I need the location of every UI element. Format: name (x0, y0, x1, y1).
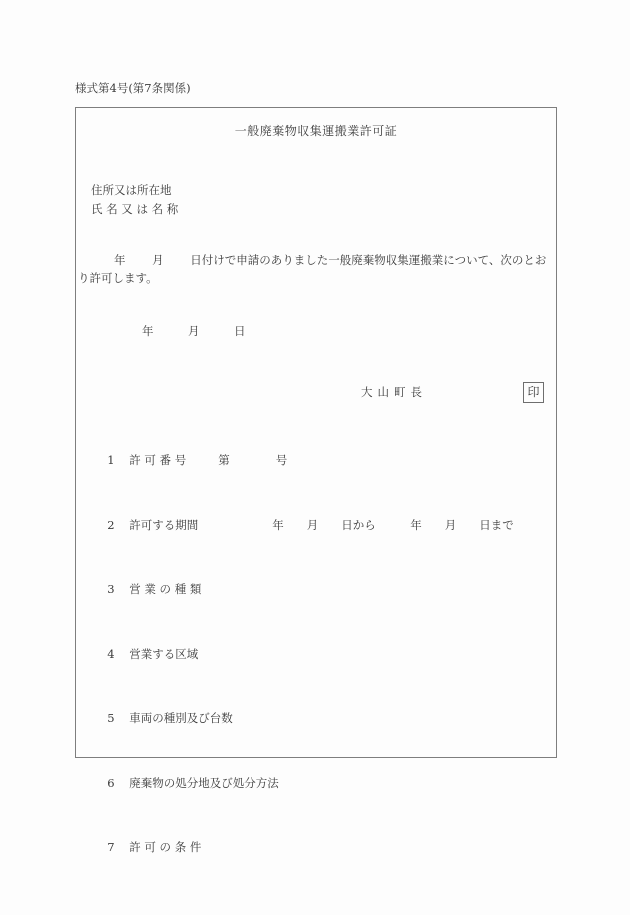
item-label: 廃棄物の処分地及び処分方法 (129, 776, 279, 790)
item-row-business-area: 4営業する区域 (78, 635, 553, 674)
issuer-mayor-name: 大山町長 (361, 385, 427, 399)
item-row-vehicle-type-count: 5車両の種別及び台数 (78, 699, 553, 738)
issue-date-line: 年 月 日 (78, 324, 246, 338)
document-page: 様式第4号(第7条関係) 一般廃棄物収集運搬業許可証 住所又は所在地 氏 名 又… (0, 0, 630, 915)
item-number: 1 (107, 454, 129, 467)
body-paragraph-line2: り許可します。 (78, 271, 158, 285)
item-row-permit-conditions: 7許 可 の 条 件 (78, 828, 553, 867)
item-label: 許可する期間 (129, 518, 198, 532)
item-number: 4 (107, 648, 129, 661)
certificate-border-box: 一般廃棄物収集運搬業許可証 住所又は所在地 氏 名 又 は 名 称 年 月 日付… (75, 107, 557, 758)
item-row-permit-number: 1許 可 番 号第 号 (78, 441, 553, 480)
item-value: 年 月 日から 年 月 日まで (272, 518, 514, 532)
item-number: 5 (107, 712, 129, 725)
item-row-business-type: 3営 業 の 種 類 (78, 570, 553, 609)
form-number-label: 様式第4号(第7条関係) (75, 82, 191, 95)
item-number: 6 (107, 777, 129, 790)
item-label: 許 可 番 号 (129, 453, 186, 467)
name-or-title-label: 氏 名 又 は 名 称 (91, 203, 178, 216)
item-label: 許 可 の 条 件 (129, 840, 201, 854)
item-label: 営業する区域 (129, 647, 198, 661)
address-or-location-label: 住所又は所在地 (91, 184, 172, 197)
item-number: 2 (107, 519, 129, 532)
seal-stamp-box: 印 (523, 382, 544, 403)
permit-item-list: 1許 可 番 号第 号 2許可する期間年 月 日から 年 月 日まで 3営 業 … (78, 441, 553, 893)
item-row-permit-period: 2許可する期間年 月 日から 年 月 日まで (78, 506, 553, 545)
body-paragraph-line1: 年 月 日付けで申請のありました一般廃棄物収集運搬業について、次のとお (78, 253, 546, 267)
item-value: 第 号 (218, 453, 287, 467)
item-number: 7 (107, 841, 129, 854)
item-label: 営 業 の 種 類 (129, 582, 201, 596)
certificate-title: 一般廃棄物収集運搬業許可証 (76, 124, 556, 138)
item-row-disposal-site-method: 6廃棄物の処分地及び処分方法 (78, 764, 553, 803)
item-label: 車両の種別及び台数 (129, 711, 233, 725)
item-number: 3 (107, 583, 129, 596)
